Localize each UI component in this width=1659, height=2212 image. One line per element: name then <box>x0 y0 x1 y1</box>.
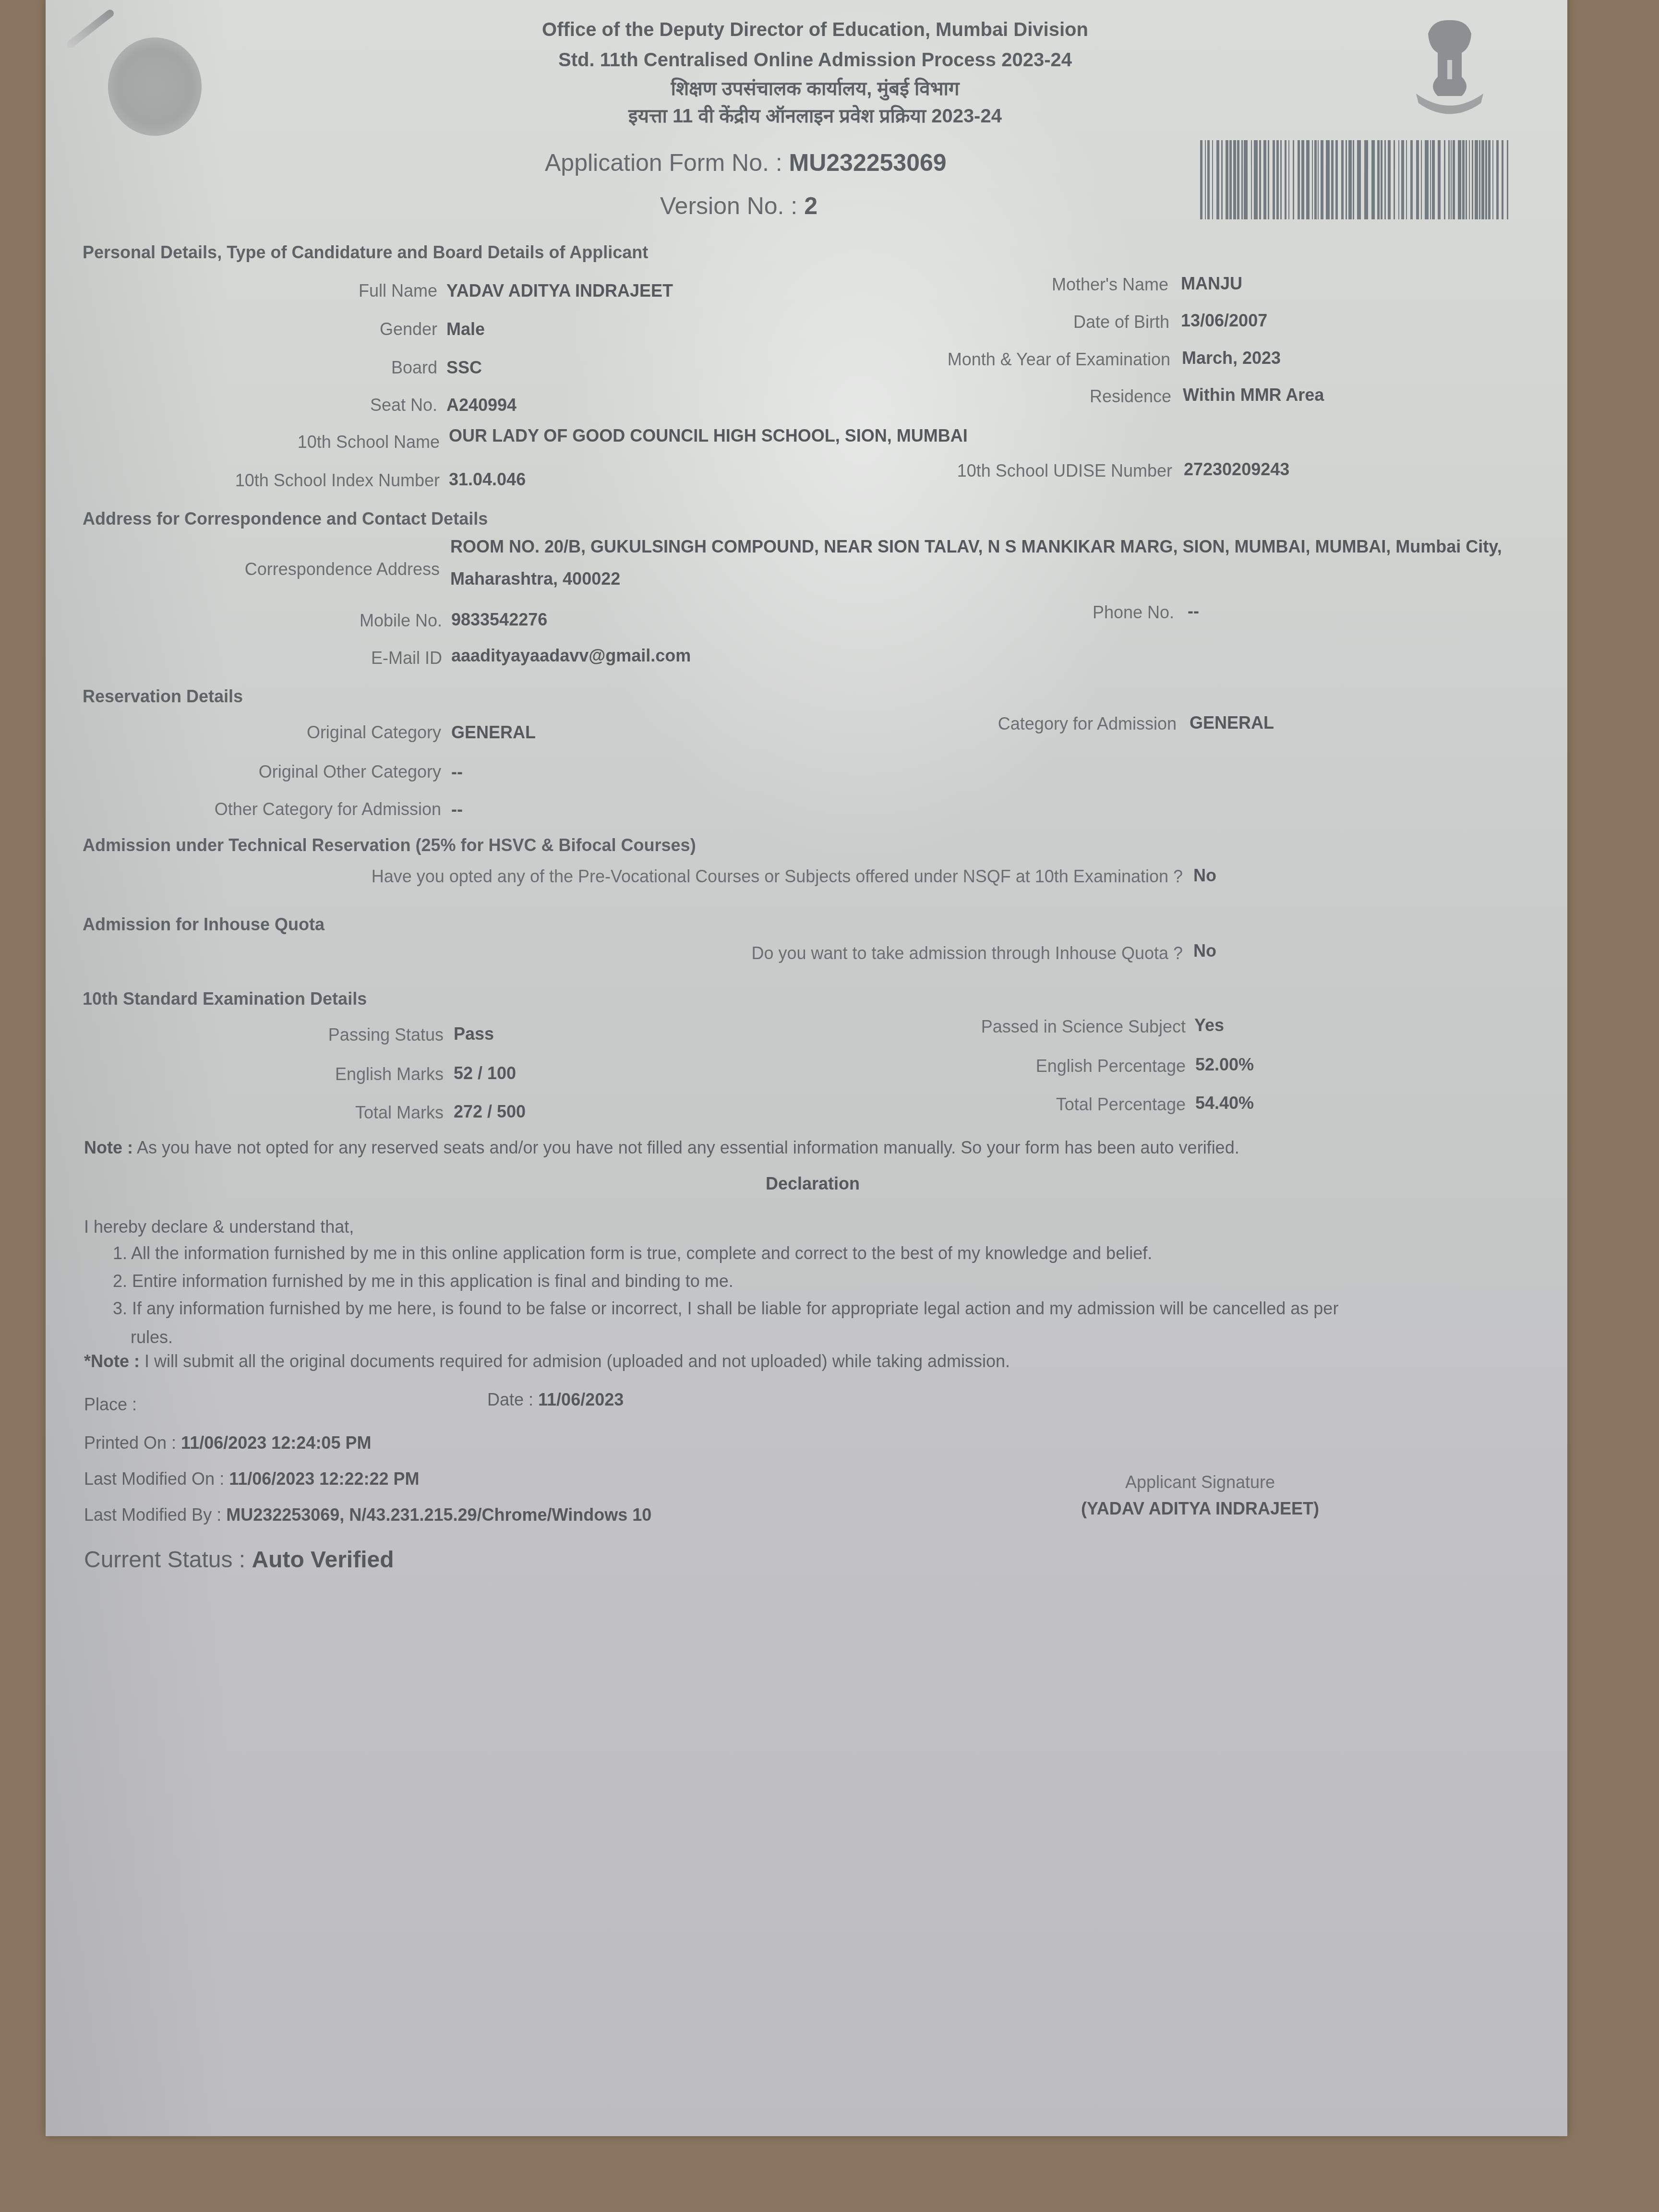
note-text: As you have not opted for any reserved s… <box>137 1138 1239 1157</box>
value-gender: Male <box>446 319 485 339</box>
label-phone: Phone No. <box>1093 602 1174 623</box>
last-modified-by: Last Modified By : MU232253069, N/43.231… <box>84 1505 651 1525</box>
value-original-other-category: -- <box>451 762 463 782</box>
header-office-title-marathi: शिक्षण उपसंचालक कार्यालय, मुंबई विभाग <box>0 74 1645 101</box>
label-school-name: 10th School Name <box>298 432 440 452</box>
declaration-title: Declaration <box>766 1174 860 1194</box>
label-mother-name: Mother's Name <box>1052 275 1168 295</box>
value-mobile: 9833542276 <box>451 610 547 630</box>
declaration-item-1: 1. All the information furnished by me i… <box>113 1243 1152 1263</box>
value-english-marks: 52 / 100 <box>454 1063 516 1083</box>
header-process-title-marathi: इयत्ता 11 वी केंद्रीय ऑनलाइन प्रवेश प्रक… <box>0 102 1645 128</box>
declaration-intro: I hereby declare & understand that, <box>84 1217 354 1237</box>
section-reservation: Reservation Details <box>83 686 243 707</box>
current-status: Current Status : Auto Verified <box>84 1547 394 1573</box>
last-modified-by-value: MU232253069, N/43.231.215.29/Chrome/Wind… <box>226 1505 651 1525</box>
section-technical-reservation: Admission under Technical Reservation (2… <box>83 835 696 855</box>
application-form-number: Application Form No. : MU232253069 <box>545 149 947 177</box>
printed-on-label: Printed On : <box>84 1433 176 1453</box>
label-school-index: 10th School Index Number <box>235 470 440 491</box>
app-no-value: MU232253069 <box>789 149 947 176</box>
value-dob: 13/06/2007 <box>1181 311 1267 331</box>
note-label: Note : <box>84 1138 133 1157</box>
label-exam-month-year: Month & Year of Examination <box>948 349 1170 370</box>
label-english-marks: English Marks <box>335 1064 444 1084</box>
last-modified-by-label: Last Modified By : <box>84 1505 221 1525</box>
printed-on: Printed On : 11/06/2023 12:24:05 PM <box>84 1433 371 1453</box>
label-science-subject: Passed in Science Subject <box>981 1017 1186 1037</box>
declaration-item-2: 2. Entire information furnished by me in… <box>113 1271 733 1291</box>
place-field: Place : <box>84 1395 137 1415</box>
declaration-note: *Note : I will submit all the original d… <box>84 1351 1010 1371</box>
label-dob: Date of Birth <box>1073 312 1169 332</box>
value-english-percentage: 52.00% <box>1195 1055 1254 1075</box>
label-total-percentage: Total Percentage <box>1056 1094 1186 1115</box>
value-email: aaadityayaadavv@gmail.com <box>451 646 691 666</box>
label-email: E-Mail ID <box>371 648 442 668</box>
value-address-line2: Maharashtra, 400022 <box>450 569 620 589</box>
label-nsqf-question: Have you opted any of the Pre-Vocational… <box>372 866 1183 887</box>
label-mobile: Mobile No. <box>360 611 442 631</box>
section-address: Address for Correspondence and Contact D… <box>83 509 488 529</box>
value-school-index: 31.04.046 <box>449 469 526 490</box>
barcode-icon <box>1200 140 1508 219</box>
value-seat-no: A240994 <box>446 395 517 415</box>
value-address-line1: ROOM NO. 20/B, GUKULSINGH COMPOUND, NEAR… <box>450 537 1502 557</box>
value-total-marks: 272 / 500 <box>454 1102 526 1122</box>
last-modified-on-value: 11/06/2023 12:22:22 PM <box>229 1469 419 1489</box>
label-full-name: Full Name <box>359 281 437 301</box>
label-udise: 10th School UDISE Number <box>957 461 1172 481</box>
label-english-percentage: English Percentage <box>1036 1056 1186 1076</box>
label-other-category-admission: Other Category for Admission <box>215 799 441 819</box>
label-correspondence-address: Correspondence Address <box>245 559 440 579</box>
declaration-item-3: 3. If any information furnished by me he… <box>113 1298 1338 1319</box>
version-value: 2 <box>804 192 817 219</box>
value-phone: -- <box>1188 601 1199 621</box>
auto-verified-note: Note : As you have not opted for any res… <box>84 1138 1239 1158</box>
header-process-title: Std. 11th Centralised Online Admission P… <box>0 49 1645 71</box>
label-gender: Gender <box>380 319 437 339</box>
value-inhouse-answer: No <box>1193 941 1216 961</box>
value-residence: Within MMR Area <box>1183 385 1324 405</box>
label-residence: Residence <box>1090 386 1171 407</box>
last-modified-on-label: Last Modified On : <box>84 1469 224 1489</box>
version-label: Version No. : <box>660 192 797 219</box>
value-exam-month-year: March, 2023 <box>1182 348 1281 368</box>
label-original-category: Original Category <box>307 722 441 743</box>
current-status-value: Auto Verified <box>252 1547 394 1573</box>
date-field: Date : 11/06/2023 <box>487 1390 624 1410</box>
date-label: Date : <box>487 1390 533 1409</box>
value-science-subject: Yes <box>1194 1015 1224 1035</box>
value-mother-name: MANJU <box>1181 274 1242 294</box>
label-category-admission: Category for Admission <box>998 714 1177 734</box>
label-total-marks: Total Marks <box>355 1103 444 1123</box>
printed-form-sheet <box>46 0 1567 2136</box>
last-modified-on: Last Modified On : 11/06/2023 12:22:22 P… <box>84 1469 419 1489</box>
applicant-signature-name: (YADAV ADITYA INDRAJEET) <box>1075 1499 1325 1519</box>
app-no-label: Application Form No. : <box>545 149 782 176</box>
value-passing-status: Pass <box>454 1024 494 1044</box>
value-udise: 27230209243 <box>1184 459 1289 480</box>
printed-on-value: 11/06/2023 12:24:05 PM <box>181 1433 371 1453</box>
declaration-note-text: I will submit all the original documents… <box>144 1351 1010 1371</box>
section-exam-details: 10th Standard Examination Details <box>83 989 367 1009</box>
header-office-title: Office of the Deputy Director of Educati… <box>0 19 1645 41</box>
current-status-label: Current Status : <box>84 1547 245 1573</box>
label-inhouse-question: Do you want to take admission through In… <box>751 943 1183 963</box>
value-category-admission: GENERAL <box>1190 713 1274 733</box>
label-board: Board <box>391 358 437 378</box>
section-inhouse-quota: Admission for Inhouse Quota <box>83 914 325 935</box>
value-total-percentage: 54.40% <box>1195 1093 1254 1113</box>
declaration-item-3-cont: rules. <box>131 1327 173 1347</box>
date-value: 11/06/2023 <box>538 1390 624 1409</box>
value-board: SSC <box>446 358 482 378</box>
section-personal-details: Personal Details, Type of Candidature an… <box>83 242 648 263</box>
value-school-name: OUR LADY OF GOOD COUNCIL HIGH SCHOOL, SI… <box>449 426 968 446</box>
value-original-category: GENERAL <box>451 722 536 743</box>
label-seat-no: Seat No. <box>370 395 437 415</box>
applicant-signature-label: Applicant Signature <box>1075 1472 1325 1492</box>
label-passing-status: Passing Status <box>328 1025 444 1045</box>
version-number: Version No. : 2 <box>660 192 817 220</box>
value-other-category-admission: -- <box>451 799 463 819</box>
declaration-note-label: *Note : <box>84 1351 140 1371</box>
value-nsqf-answer: No <box>1193 866 1216 886</box>
value-full-name: YADAV ADITYA INDRAJEET <box>446 281 673 301</box>
label-original-other-category: Original Other Category <box>259 762 441 782</box>
